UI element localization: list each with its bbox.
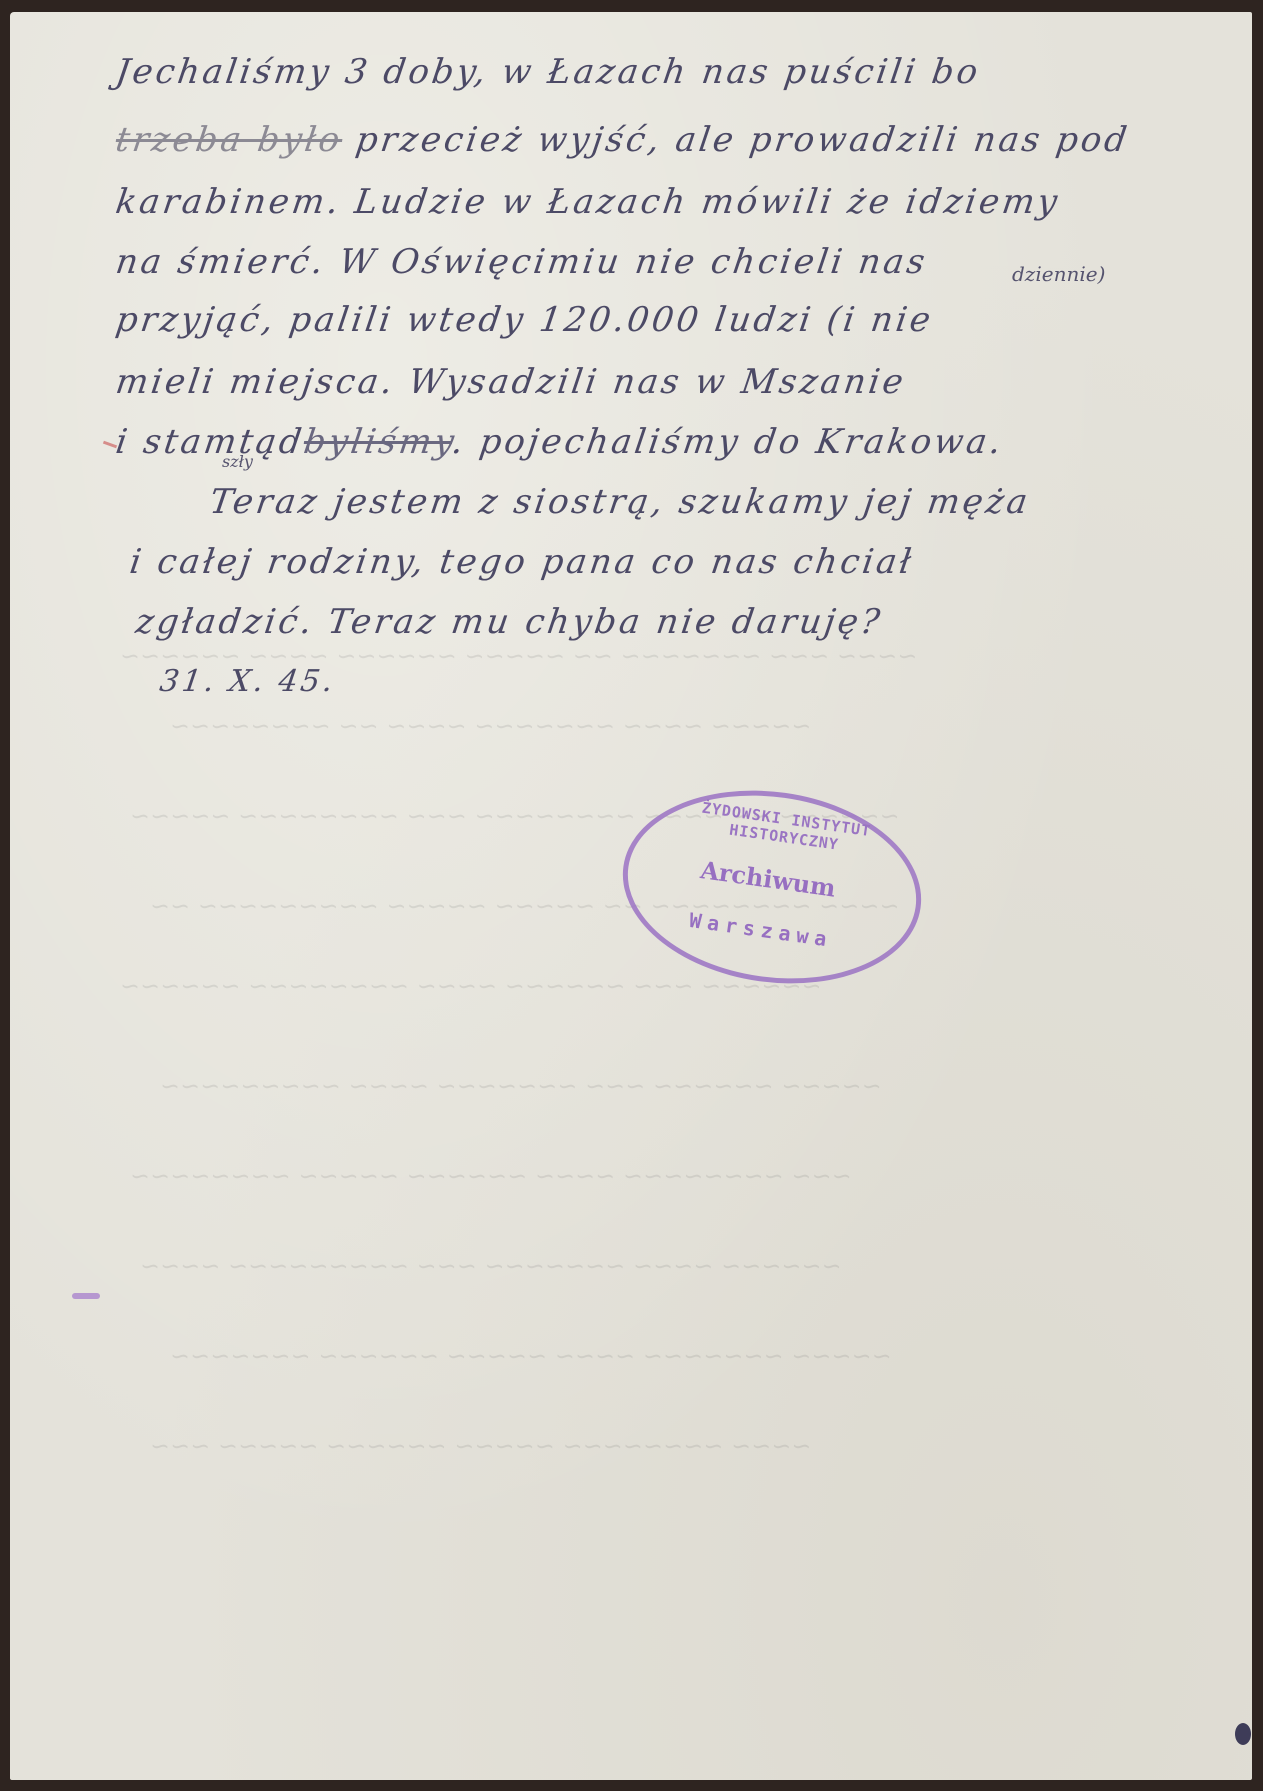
handwritten-line-6: mieli miejsca. Wysadzili nas w Mszanie bbox=[113, 362, 908, 402]
bleed-through-text: ~~~~~~ ~~~ ~~~~~~ ~~~~ ~~~~~~~~ ~~~~~~ bbox=[118, 972, 824, 1000]
struck-text: byliśmy bbox=[301, 422, 455, 462]
handwritten-line-2: trzeba było przecież wyjść, ale prowadzi… bbox=[113, 120, 1132, 160]
handwritten-line-10: zgładzić. Teraz mu chyba nie daruję? bbox=[133, 602, 885, 642]
line-text: przecież wyjść, ale prowadzili nas pod bbox=[339, 120, 1132, 160]
line-text: i stamtąd bbox=[113, 422, 307, 462]
bleed-through-text: ~~~~~ ~~~~ ~~~~~~~ ~~~~ ~~ ~~~~~~~~ bbox=[168, 712, 813, 740]
struck-text: trzeba było bbox=[113, 120, 345, 160]
line-text: . pojechaliśmy do Krakowa. bbox=[449, 422, 1006, 462]
bleed-through-text: ~~~~~ ~~~~~~ ~~~ ~~~~~~~ ~~~~ ~~~~~~~~~ bbox=[158, 1072, 884, 1100]
handwritten-line-4: na śmierć. W Oświęcimiu nie chcieli nas bbox=[113, 242, 930, 282]
bleed-through-text: ~~~ ~~~~~~~~ ~~~~ ~~~~~~ ~~~~~ ~~~~~~~~ bbox=[128, 1162, 854, 1190]
date-line: 31. X. 45. bbox=[158, 664, 338, 699]
ink-blot bbox=[1235, 1723, 1251, 1745]
bleed-through-text: ~~~~~ ~~~~~~~ ~~~~ ~~~~~ ~~~~~~ ~~~~~~~ bbox=[168, 1342, 894, 1370]
handwritten-line-3: karabinem. Ludzie w Łazach mówili że idz… bbox=[113, 182, 1062, 222]
bleed-through-text: ~~~~ ~~~~~~~~ ~~~~~ ~~~~~~ ~~~~~ ~~~ bbox=[148, 1432, 813, 1460]
bleed-through-text: ~~~~~~ ~~~~ ~~~~~~~ ~~~ ~~~~~~~~~ ~~~~ bbox=[138, 1252, 844, 1280]
insertion-below-line-7: szły bbox=[222, 452, 253, 471]
handwritten-line-9: i całej rodziny, tego pana co nas chciał bbox=[127, 542, 916, 582]
insertion-above-line-5: dziennie) bbox=[1012, 262, 1105, 286]
handwritten-line-5: przyjąć, palili wtedy 120.000 ludzi (i n… bbox=[113, 300, 936, 340]
handwritten-line-8: Teraz jestem z siostrą, szukamy jej męża bbox=[207, 482, 1033, 522]
document-page: ~~~~ ~~~ ~~~~~~~ ~~ ~~~~~ ~~~~~~ ~~~~ ~~… bbox=[10, 12, 1252, 1780]
stamp-city-text: Warszawa bbox=[621, 899, 902, 962]
handwritten-line-1: Jechaliśmy 3 doby, w Łazach nas puścili … bbox=[113, 52, 983, 92]
purple-ink-mark bbox=[72, 1293, 100, 1299]
